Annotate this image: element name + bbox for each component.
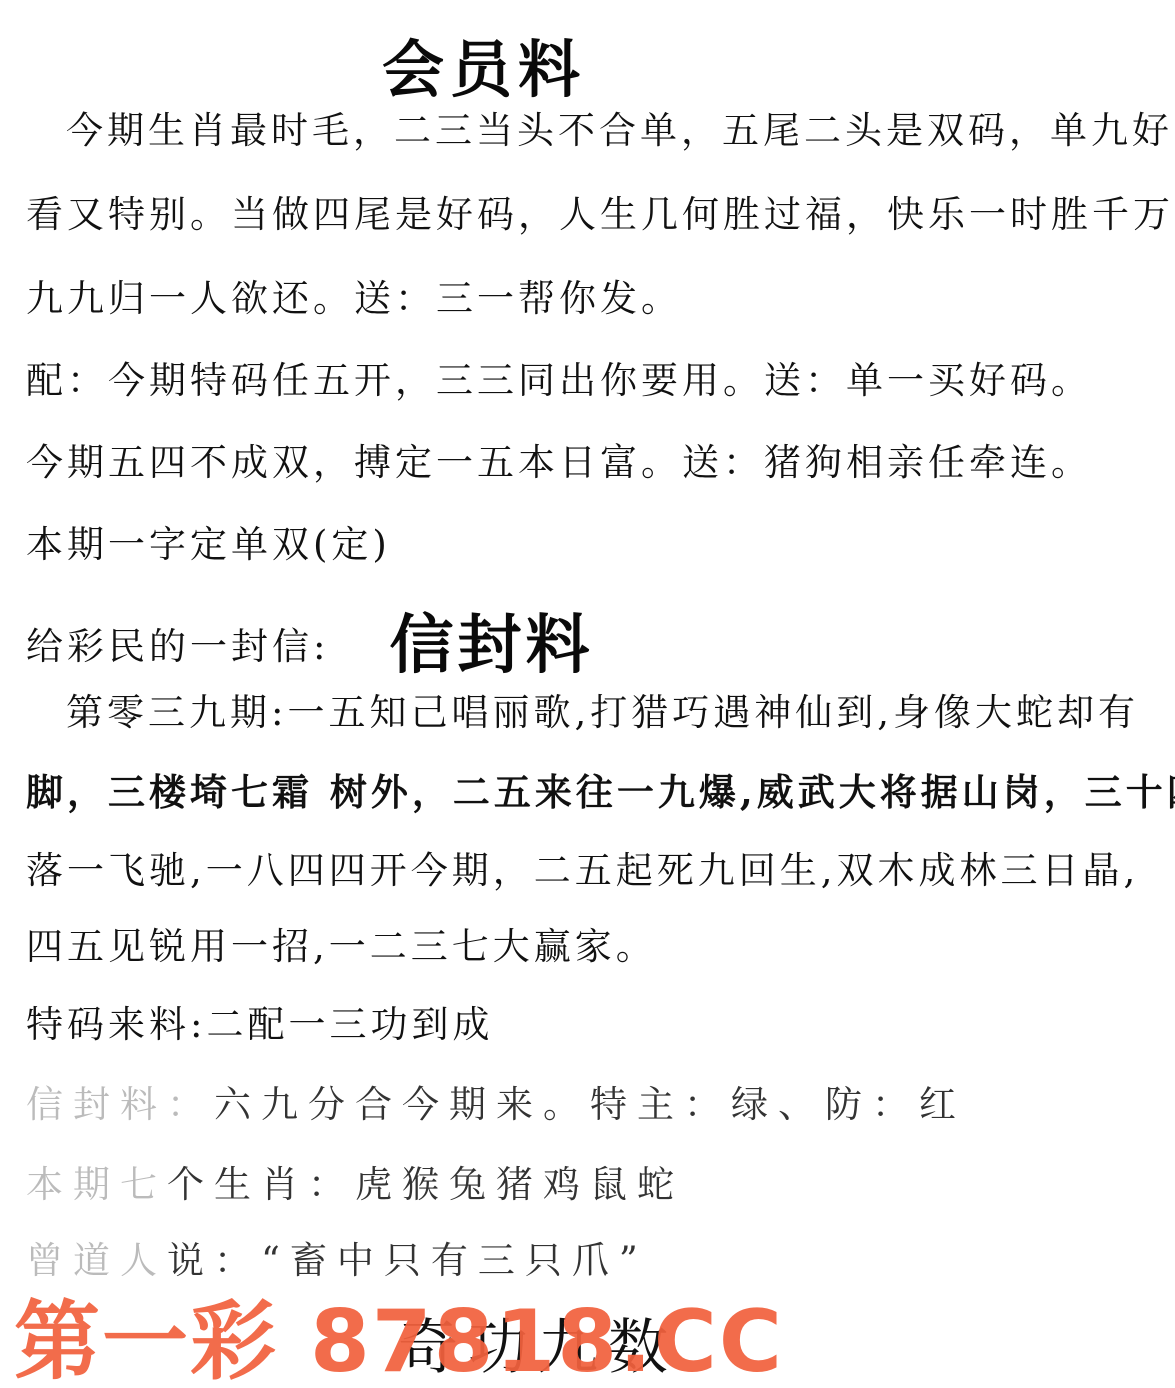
letter-heading: 给彩民的一封信:信封料 <box>26 606 593 670</box>
text-line: 本期七个生肖：虎猴兔猪鸡鼠蛇 <box>26 1166 684 1203</box>
text-line: 信封料：六九分合今期来。特主：绿、防：红 <box>26 1086 966 1123</box>
watermark: 第一彩 87818.CC <box>14 1272 784 1388</box>
text-line: 落一飞驰,一八四四开今期，二五起死九回生,双木成林三日晶, <box>26 852 1139 889</box>
text-line: 脚，三楼埼七霜 树外，二五来往一九爆,威武大将据山岗，三十四 <box>26 774 1175 811</box>
text-line: 第零三九期:一五知己唱丽歌,打猎巧遇神仙到,身像大蛇却有 <box>66 694 1139 731</box>
text-line: 今期五四不成双，搏定一五本日富。送：猪狗相亲任牵连。 <box>26 444 1092 481</box>
text-line: 配：今期特码任五开，三三同出你要用。送：单一买好码。 <box>26 362 1092 399</box>
text-line: 特码来料:二配一三功到成 <box>26 1006 493 1043</box>
title-member-tips: 会员料 <box>382 20 586 109</box>
text-line: 四五见锐用一招,一二三七大赢家。 <box>26 928 657 965</box>
faded-text: 本期七 <box>26 1163 167 1206</box>
text-line: 九九归一人欲还。送：三一帮你发。 <box>26 280 682 317</box>
faded-text: 信封料： <box>26 1083 214 1126</box>
text-line: 看又特别。当做四尾是好码，人生几何胜过福，快乐一时胜千万， <box>26 196 1175 233</box>
text-line: 今期生肖最时毛，二三当头不合单，五尾二头是双码，单九好 <box>66 112 1173 149</box>
title-envelope-tips: 信封料 <box>389 608 593 683</box>
text-line: 本期一字定单双(定) <box>26 526 391 563</box>
letter-label: 给彩民的一封信: <box>26 625 329 668</box>
